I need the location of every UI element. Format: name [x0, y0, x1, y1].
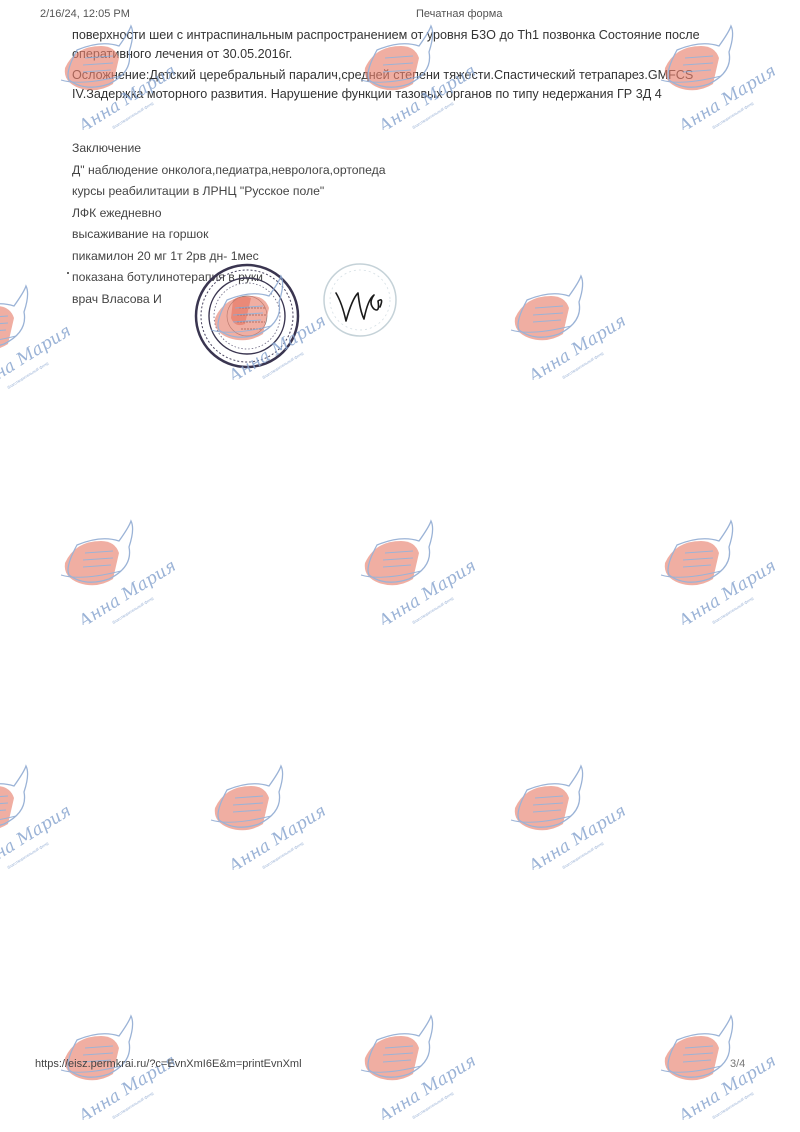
document-body: поверхности шеи с интраспинальным распро…: [72, 26, 752, 106]
watermark-logo-icon: Анна Марияблаготворительный фонд: [505, 270, 625, 380]
watermark-logo-icon: Анна Марияблаготворительный фонд: [505, 760, 625, 870]
svg-text:благотворительный фонд: благотворительный фонд: [6, 360, 50, 390]
svg-text:благотворительный фонд: благотворительный фонд: [6, 840, 50, 870]
stray-dot: [67, 272, 69, 274]
svg-text:Анна Мария: Анна Мария: [374, 1051, 475, 1120]
watermark-logo-icon: Анна Марияблаготворительный фонд: [355, 1010, 475, 1120]
watermark-logo-icon: Анна Марияблаготворительный фонд: [55, 515, 175, 625]
svg-text:благотворительный фонд: благотворительный фонд: [411, 1090, 455, 1120]
svg-text:Анна Мария: Анна Мария: [374, 556, 475, 625]
svg-text:благотворительный фонд: благотворительный фонд: [711, 595, 755, 625]
svg-text:Анна Мария: Анна Мария: [674, 1051, 775, 1120]
svg-text:Анна Мария: Анна Мария: [674, 556, 775, 625]
svg-text:Анна Мария: Анна Мария: [0, 321, 70, 390]
signature-icon: [318, 255, 418, 355]
watermark-logo-icon: Анна Марияблаготворительный фонд: [205, 760, 325, 870]
footer-url: https://eisz.permkrai.ru/?c=EvnXmI6E&m=p…: [35, 1058, 302, 1070]
svg-text:Анна Мария: Анна Мария: [74, 556, 175, 625]
svg-text:благотворительный фонд: благотворительный фонд: [261, 840, 305, 870]
svg-text:Анна Мария: Анна Мария: [0, 801, 70, 870]
conclusion-heading: Заключение: [72, 138, 386, 160]
svg-text:благотворительный фонд: благотворительный фонд: [561, 350, 605, 380]
svg-text:благотворительный фонд: благотворительный фонд: [111, 1090, 155, 1120]
print-form-title: Печатная форма: [416, 8, 502, 20]
watermark-logo-icon: Анна Марияблаготворительный фонд: [355, 515, 475, 625]
svg-text:благотворительный фонд: благотворительный фонд: [111, 595, 155, 625]
svg-text:благотворительный фонд: благотворительный фонд: [561, 840, 605, 870]
svg-text:благотворительный фонд: благотворительный фонд: [711, 1090, 755, 1120]
svg-text:Анна Мария: Анна Мария: [524, 801, 625, 870]
svg-text:Анна Мария: Анна Мария: [224, 801, 325, 870]
watermark-logo-icon: Анна Марияблаготворительный фонд: [0, 760, 70, 870]
diagnosis-paragraph: поверхности шеи с интраспинальным распро…: [72, 26, 752, 63]
conclusion-line: курсы реабилитации в ЛРНЦ "Русское поле": [72, 181, 386, 203]
print-datetime: 2/16/24, 12:05 PM: [40, 8, 130, 20]
svg-text:благотворительный фонд: благотворительный фонд: [411, 595, 455, 625]
conclusion-line: Д" наблюдение онколога,педиатра,невролог…: [72, 160, 386, 182]
conclusion-line: высаживание на горшок: [72, 224, 386, 246]
conclusion-line: ЛФК ежедневно: [72, 203, 386, 225]
watermark-logo-icon: Анна Марияблаготворительный фонд: [655, 1010, 775, 1120]
watermark-logo-icon: Анна Марияблаготворительный фонд: [0, 280, 70, 390]
complication-paragraph: Осложнение:Детский церебральный паралич,…: [72, 66, 752, 103]
official-stamp-icon: [193, 262, 301, 370]
page-number: 3/4: [730, 1058, 745, 1070]
svg-text:Анна Мария: Анна Мария: [524, 311, 625, 380]
watermark-logo-icon: Анна Марияблаготворительный фонд: [655, 515, 775, 625]
